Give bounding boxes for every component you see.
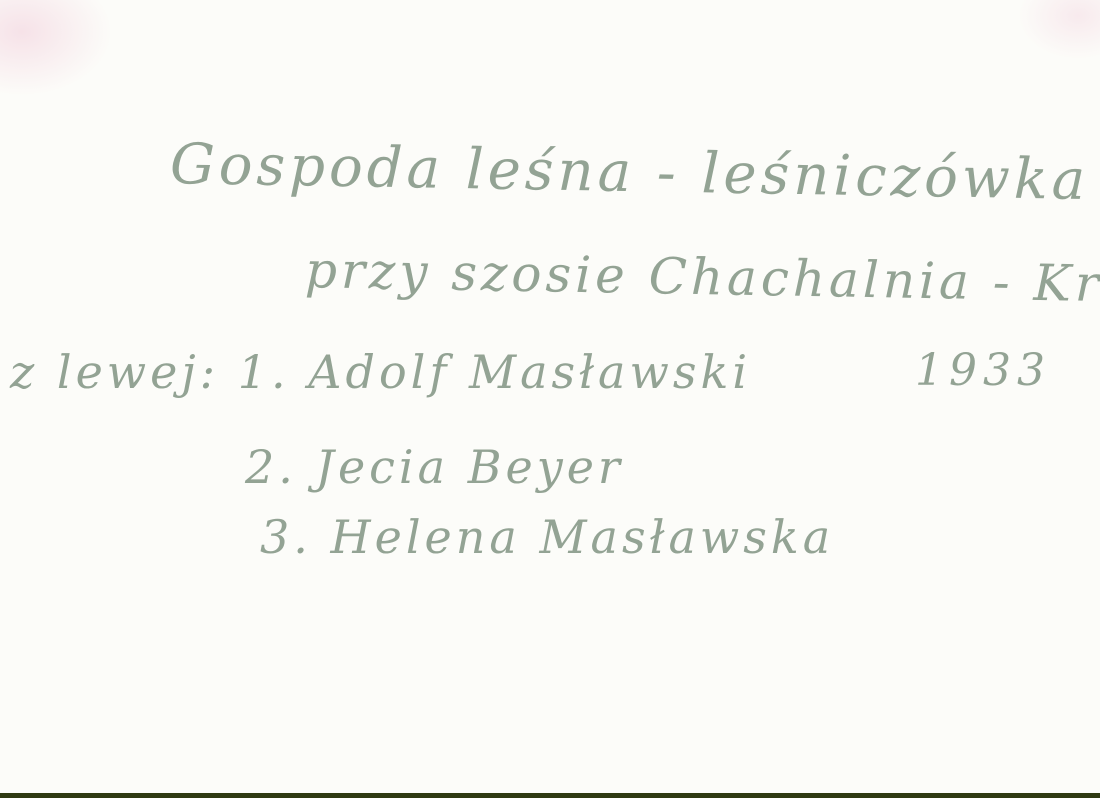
caption-person-2: 2. Jecia Beyer	[245, 440, 624, 494]
caption-person-3: 3. Helena Masławska	[260, 510, 834, 564]
caption-person-1: z lewej: 1. Adolf Masławski	[10, 345, 751, 399]
photo-back-paper	[0, 0, 1100, 798]
caption-year: 1933	[915, 345, 1051, 396]
deckled-photo-edge	[0, 784, 1100, 798]
